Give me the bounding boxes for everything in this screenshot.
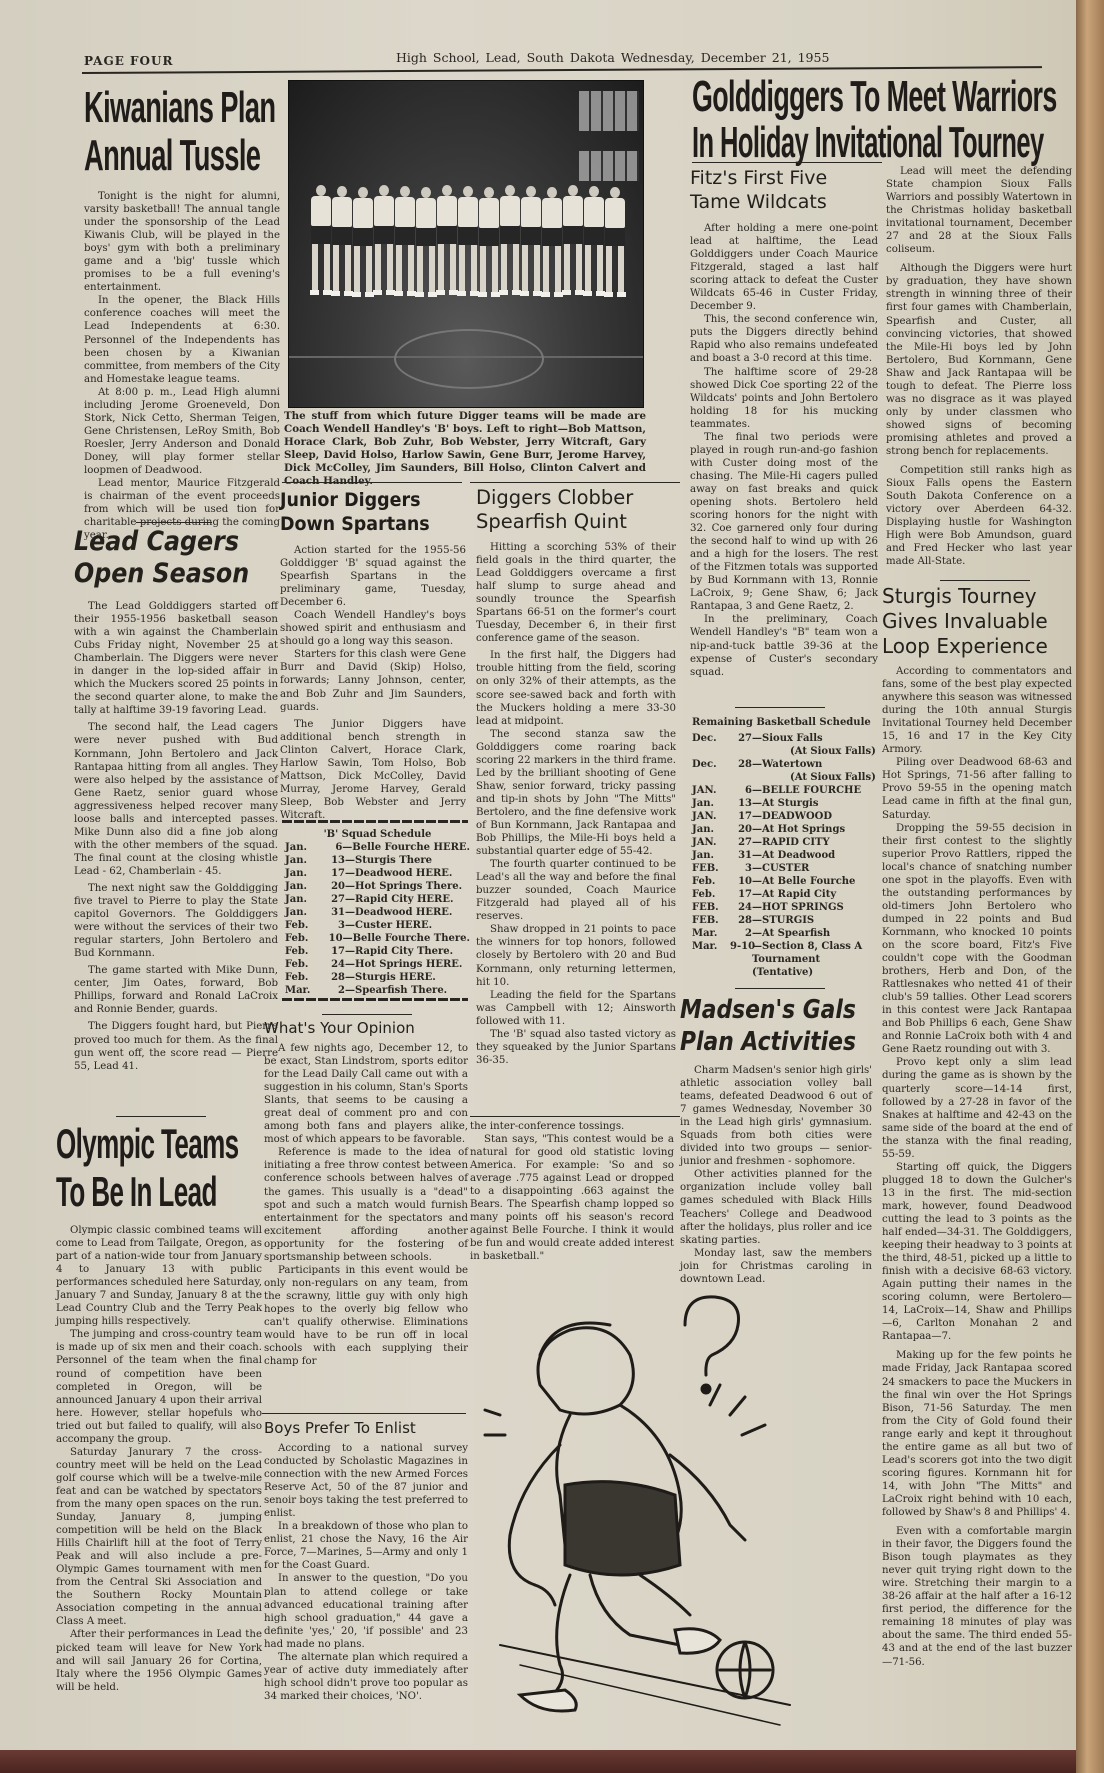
paragraph: In answer to the question, "Do you plan …: [264, 1572, 468, 1650]
b-squad-schedule: 'B' Squad Schedule Jan.6—Belle Fourche H…: [285, 828, 470, 997]
schedule-day: 27: [730, 836, 752, 849]
schedule-game: —Watertown: [752, 758, 822, 771]
paragraph: A few nights ago, December 12, to be exa…: [264, 1042, 468, 1146]
article-opinion-continued: the inter-conference tossings. Stan says…: [470, 1120, 674, 1264]
schedule-game: —At Rapid City: [752, 888, 836, 901]
schedule-row: Tournament: [692, 953, 882, 966]
player-figure: [458, 186, 478, 296]
headline: Madsen's Gals: [680, 994, 841, 1026]
schedule-month: Feb.: [285, 971, 323, 984]
headline: Open Season: [74, 558, 259, 590]
schedule-day: 6: [730, 784, 752, 797]
schedule-row: FEB.24—HOT SPRINGS: [692, 901, 882, 914]
schedule-row: Dec.27—Sioux Falls: [692, 732, 882, 745]
paragraph: The next night saw the Golddigging five …: [74, 882, 278, 960]
paragraph: Saturday Janurary 7 the cross-country me…: [56, 1446, 262, 1629]
headline: Lead Cagers: [74, 526, 259, 558]
schedule-month: Jan.: [692, 849, 730, 862]
schedule-row: Dec.28—Watertown: [692, 758, 882, 771]
player-figure: [542, 187, 562, 297]
schedule-day: 28: [730, 914, 752, 927]
paragraph: Competition still ranks high as Sioux Fa…: [886, 464, 1072, 568]
paragraph: After holding a mere one-point lead at h…: [690, 222, 878, 313]
article-lead-cagers: Lead Cagers Open Season The Lead Golddig…: [74, 526, 284, 1073]
paragraph: Starters for this clash were Gene Burr a…: [280, 648, 466, 713]
headline: Junior Diggers: [280, 488, 451, 512]
schedule-row: Jan.6—Belle Fourche HERE.: [285, 841, 470, 854]
player-figure: [563, 185, 583, 295]
paragraph: the inter-conference tossings.: [470, 1120, 674, 1133]
paragraph: Lead will meet the defending State champ…: [886, 165, 1072, 256]
paragraph: Participants in this event would be only…: [264, 1264, 468, 1368]
schedule-game: —At Sturgis: [752, 797, 818, 810]
schedule-month: [692, 771, 730, 784]
schedule-game: —At Belle Fourche: [752, 875, 855, 888]
paragraph: The fourth quarter continued to be Lead'…: [476, 858, 676, 923]
schedule-month: Feb.: [285, 919, 323, 932]
schedule-month: Dec.: [692, 758, 730, 771]
schedule-game: (At Sioux Falls): [752, 771, 876, 784]
schedule-row: Mar.2—At Spearfish: [692, 927, 882, 940]
schedule-month: [692, 953, 730, 966]
headline: To Be In Lead: [56, 1168, 186, 1216]
schedule-game: —HOT SPRINGS: [752, 901, 844, 914]
schedule-day: 20: [730, 823, 752, 836]
schedule-day: 24: [730, 901, 752, 914]
schedule-day: 3: [323, 919, 345, 932]
headline: Boys Prefer To Enlist: [264, 1418, 468, 1438]
basketball-player-cartoon: [480, 1285, 810, 1745]
schedule-month: Feb.: [285, 945, 323, 958]
schedule-month: FEB.: [692, 901, 730, 914]
team-photo: [288, 80, 644, 408]
headline: Diggers Clobber: [476, 486, 676, 510]
schedule-month: Jan.: [285, 841, 321, 854]
schedule-row: JAN.17—DEADWOOD: [692, 810, 882, 823]
article-opinion: What's Your Opinion A few nights ago, De…: [264, 1018, 468, 1368]
schedule-day: [730, 953, 752, 966]
schedule-row: Jan.13—Sturgis There: [285, 854, 470, 867]
schedule-game: —DEADWOOD: [752, 810, 832, 823]
article-clobber: Diggers Clobber Spearfish Quint Hitting …: [476, 486, 676, 1067]
schedule-month: Feb.: [692, 875, 730, 888]
player-figure: [311, 185, 331, 295]
paragraph: Action started for the 1955-56 Golddigge…: [280, 544, 466, 609]
paragraph: In the preliminary, Coach Wendell Handle…: [690, 613, 878, 678]
paragraph: In the first half, the Diggers had troub…: [476, 649, 676, 727]
paragraph: Dropping the 59-55 decision in their fir…: [882, 822, 1072, 1057]
schedule-game: —CUSTER: [752, 862, 809, 875]
paragraph: Stan says, "This contest would be a natu…: [470, 1133, 674, 1263]
schedule-month: Jan.: [285, 867, 323, 880]
paragraph: This, the second conference win, puts th…: [690, 313, 878, 365]
player-figure: [374, 185, 394, 295]
schedule-row: Mar.2—Spearfish There.: [285, 984, 470, 997]
headline: Kiwanians Plan: [84, 84, 208, 132]
player-figure: [395, 186, 415, 296]
schedule-game: —Sturgis There: [345, 854, 432, 867]
schedule-game: —At Hot Springs: [752, 823, 845, 836]
paragraph: Piling over Deadwood 68-63 and Hot Sprin…: [882, 756, 1072, 821]
schedule-month: Mar.: [692, 940, 730, 953]
schedule-game: —STURGIS: [752, 914, 814, 927]
schedule-day: 31: [323, 906, 345, 919]
schedule-day: 10: [730, 875, 752, 888]
paragraph: Although the Diggers were hurt by gradua…: [886, 262, 1072, 458]
schedule-day: 27: [323, 893, 345, 906]
article-junior-diggers: Junior Diggers Down Spartans Action star…: [280, 488, 466, 822]
paragraph: The second stanza saw the Golddiggers co…: [476, 728, 676, 858]
schedule-day: 28: [730, 758, 752, 771]
schedule-row: FEB.28—STURGIS: [692, 914, 882, 927]
schedule-game: —BELLE FOURCHE: [752, 784, 861, 797]
schedule-day: 27: [730, 732, 752, 745]
schedule-day: [730, 745, 752, 758]
paragraph: Starting off quick, the Diggers plugged …: [882, 1161, 1072, 1344]
schedule-row: (Tentative): [692, 966, 882, 979]
player-figure: [584, 186, 604, 296]
headline: Sturgis Tourney: [882, 584, 1072, 609]
schedule-game: —Hot Springs There.: [345, 880, 462, 893]
player-figure: [416, 187, 436, 297]
player-figure: [437, 185, 457, 295]
schedule-month: Feb.: [285, 932, 321, 945]
schedule-day: 24: [323, 958, 345, 971]
paragraph: In a breakdown of those who plan to enli…: [264, 1520, 468, 1572]
paragraph: Coach Wendell Handley's boys showed spir…: [280, 609, 466, 648]
schedule-game: —Section 8, Class A: [752, 940, 862, 953]
paragraph: The second half, the Lead cagers were ne…: [74, 721, 278, 878]
article-enlist: Boys Prefer To Enlist According to a nat…: [264, 1418, 468, 1703]
schedule-day: 20: [323, 880, 345, 893]
schedule-game: —Hot Springs HERE.: [345, 958, 462, 971]
schedule-month: Feb.: [285, 958, 323, 971]
schedule-month: Jan.: [692, 797, 730, 810]
schedule-month: Jan.: [285, 880, 323, 893]
schedule-game: (Tentative): [752, 966, 813, 979]
schedule-row: Jan.27—Rapid City HERE.: [285, 893, 470, 906]
schedule-row: Mar.9-10—Section 8, Class A: [692, 940, 882, 953]
photo-caption: The stuff from which future Digger teams…: [284, 410, 646, 488]
schedule-game: —Rapid City HERE.: [345, 893, 453, 906]
article-fitz: Fitz's First Five Tame Wildcats After ho…: [690, 166, 878, 679]
remaining-schedule: Remaining Basketball Schedule Dec.27—Sio…: [692, 716, 882, 979]
schedule-row: Feb.10—At Belle Fourche: [692, 875, 882, 888]
headline: Plan Activities: [680, 1026, 841, 1058]
article-golddiggers-body: Lead will meet the defending State champ…: [886, 165, 1072, 568]
schedule-month: [692, 745, 730, 758]
player-figure: [500, 185, 520, 295]
paragraph: According to commentators and fans, some…: [882, 665, 1072, 756]
schedule-game: —Sioux Falls: [752, 732, 823, 745]
paragraph: The alternate plan which required a year…: [264, 1651, 468, 1703]
article-golddiggers-headline: Golddiggers To Meet Warriors In Holiday …: [692, 74, 1104, 166]
player-figure: [332, 186, 352, 296]
schedule-month: Jan.: [285, 854, 323, 867]
headline: Golddiggers To Meet Warriors: [692, 74, 1062, 120]
schedule-row: (At Sioux Falls): [692, 745, 882, 758]
schedule-row: Feb.24—Hot Springs HERE.: [285, 958, 470, 971]
schedule-row: FEB.3—CUSTER: [692, 862, 882, 875]
publication-dateline: High School, Lead, South Dakota Wednesda…: [396, 50, 829, 65]
headline: Spearfish Quint: [476, 510, 676, 534]
schedule-day: 2: [323, 984, 345, 997]
article-madsen: Madsen's Gals Plan Activities Charm Mads…: [680, 994, 872, 1286]
schedule-game: —RAPID CITY: [752, 836, 830, 849]
schedule-title: Remaining Basketball Schedule: [692, 716, 882, 729]
schedule-game: —Rapid City There.: [345, 945, 453, 958]
schedule-month: Mar.: [692, 927, 730, 940]
schedule-day: 13: [730, 797, 752, 810]
schedule-game: —Belle Fourche There.: [343, 932, 470, 945]
schedule-title: 'B' Squad Schedule: [285, 828, 470, 841]
schedule-day: 3: [730, 862, 752, 875]
paragraph: At 8:00 p. m., Lead High alumni includin…: [84, 386, 280, 477]
schedule-month: Feb.: [692, 888, 730, 901]
schedule-game: —Sturgis HERE.: [345, 971, 436, 984]
headline: Tame Wildcats: [690, 190, 878, 214]
schedule-month: Jan.: [285, 906, 323, 919]
schedule-game: —Spearfish There.: [345, 984, 447, 997]
paragraph: The jumping and cross-country team is ma…: [56, 1328, 262, 1445]
headline: What's Your Opinion: [264, 1018, 468, 1038]
schedule-day: 31: [730, 849, 752, 862]
schedule-day: 2: [730, 927, 752, 940]
page-binding-edge: [1076, 0, 1104, 1773]
schedule-row: Feb.17—At Rapid City: [692, 888, 882, 901]
headline: Olympic Teams: [56, 1120, 186, 1168]
schedule-month: FEB.: [692, 914, 730, 927]
player-figure: [353, 187, 373, 297]
article-sturgis: Sturgis Tourney Gives Invaluable Loop Ex…: [882, 584, 1072, 1669]
schedule-row: Jan.13—At Sturgis: [692, 797, 882, 810]
newspaper-page: PAGE FOUR High School, Lead, South Dakot…: [0, 0, 1076, 1750]
schedule-day: [730, 966, 752, 979]
schedule-day: 17: [730, 888, 752, 901]
schedule-row: Jan.20—Hot Springs There.: [285, 880, 470, 893]
schedule-row: Feb.17—Rapid City There.: [285, 945, 470, 958]
schedule-day: 13: [323, 854, 345, 867]
paragraph: The Diggers fought hard, but Pierre prov…: [74, 1020, 278, 1072]
schedule-row: Jan.31—Deadwood HERE.: [285, 906, 470, 919]
paragraph: Other activities planned for the organiz…: [680, 1168, 872, 1246]
schedule-row: Jan.17—Deadwood HERE.: [285, 867, 470, 880]
schedule-row: JAN.27—RAPID CITY: [692, 836, 882, 849]
paragraph: Charm Madsen's senior high girls' athlet…: [680, 1064, 872, 1168]
schedule-month: JAN.: [692, 784, 730, 797]
paragraph: Shaw dropped in 21 points to pace the wi…: [476, 923, 676, 988]
schedule-row: Feb.3—Custer HERE.: [285, 919, 470, 932]
player-figure: [521, 186, 541, 296]
paragraph: Making up for the few points he made Fri…: [882, 1349, 1072, 1519]
paragraph: Provo kept only a slim lead during the g…: [882, 1056, 1072, 1160]
schedule-game: —Deadwood HERE.: [345, 867, 452, 880]
schedule-row: Feb.28—Sturgis HERE.: [285, 971, 470, 984]
schedule-month: Jan.: [692, 823, 730, 836]
paragraph: The Junior Diggers have additional bench…: [280, 718, 466, 822]
paragraph: The final two periods were played in rou…: [690, 431, 878, 614]
player-figure: [605, 187, 625, 297]
schedule-day: 28: [323, 971, 345, 984]
schedule-month: JAN.: [692, 836, 730, 849]
headline: In Holiday Invitational Tourney: [692, 120, 1044, 166]
schedule-row: Feb.10—Belle Fourche There.: [285, 932, 470, 945]
headline: Loop Experience: [882, 634, 1072, 659]
schedule-month: Jan.: [285, 893, 323, 906]
schedule-game: —Belle Fourche HERE.: [342, 841, 470, 854]
paragraph: After their performances in Lead the pic…: [56, 1628, 262, 1693]
headline: Down Spartans: [280, 512, 451, 536]
paragraph: According to a national survey conducted…: [264, 1442, 468, 1520]
schedule-game: —At Spearfish: [752, 927, 830, 940]
schedule-day: [730, 771, 752, 784]
paragraph: In the opener, the Black Hills conferenc…: [84, 294, 280, 385]
schedule-day: 17: [323, 867, 345, 880]
schedule-month: JAN.: [692, 810, 730, 823]
paragraph: The 'B' squad also tasted victory as the…: [476, 1028, 676, 1067]
headline: Annual Tussle: [84, 132, 208, 180]
paragraph: Olympic classic combined teams will come…: [56, 1224, 262, 1328]
schedule-day: 17: [730, 810, 752, 823]
paragraph: Even with a comfortable margin in their …: [882, 1525, 1072, 1669]
schedule-month: Dec.: [692, 732, 730, 745]
schedule-game: —Deadwood HERE.: [345, 906, 452, 919]
page-number: PAGE FOUR: [84, 54, 173, 68]
schedule-month: [692, 966, 730, 979]
schedule-day: 17: [323, 945, 345, 958]
schedule-row: Jan.31—At Deadwood: [692, 849, 882, 862]
article-olympic: Olympic Teams To Be In Lead Olympic clas…: [56, 1120, 266, 1694]
paragraph: The game started with Mike Dunn, center,…: [74, 964, 278, 1016]
headline: Fitz's First Five: [690, 166, 878, 190]
schedule-game: —Custer HERE.: [345, 919, 432, 932]
schedule-day: 6: [321, 841, 342, 854]
schedule-month: Mar.: [285, 984, 323, 997]
paragraph: Monday last, saw the members join for Ch…: [680, 1247, 872, 1286]
article-kiwanians: Kiwanians Plan Annual Tussle Tonight is …: [84, 84, 284, 542]
schedule-row: JAN.6—BELLE FOURCHE: [692, 784, 882, 797]
paragraph: The Lead Golddiggers started off their 1…: [74, 600, 278, 717]
paragraph: Tonight is the night for alumni, varsity…: [84, 190, 280, 294]
headline: Gives Invaluable: [882, 609, 1072, 634]
schedule-game: Tournament: [752, 953, 820, 966]
schedule-row: Jan.20—At Hot Springs: [692, 823, 882, 836]
paragraph: Hitting a scorching 53% of their field g…: [476, 541, 676, 645]
player-figure: [479, 187, 499, 297]
schedule-game: (At Sioux Falls): [752, 745, 876, 758]
page-bottom-edge: [0, 1750, 1076, 1773]
paragraph: Leading the field for the Spartans was C…: [476, 989, 676, 1028]
schedule-day: 10: [321, 932, 342, 945]
paragraph: Reference is made to the idea of initiat…: [264, 1146, 468, 1263]
paragraph: The halftime score of 29-28 showed Dick …: [690, 366, 878, 431]
schedule-day: 9-10: [730, 940, 752, 953]
schedule-month: FEB.: [692, 862, 730, 875]
schedule-game: —At Deadwood: [752, 849, 835, 862]
schedule-row: (At Sioux Falls): [692, 771, 882, 784]
